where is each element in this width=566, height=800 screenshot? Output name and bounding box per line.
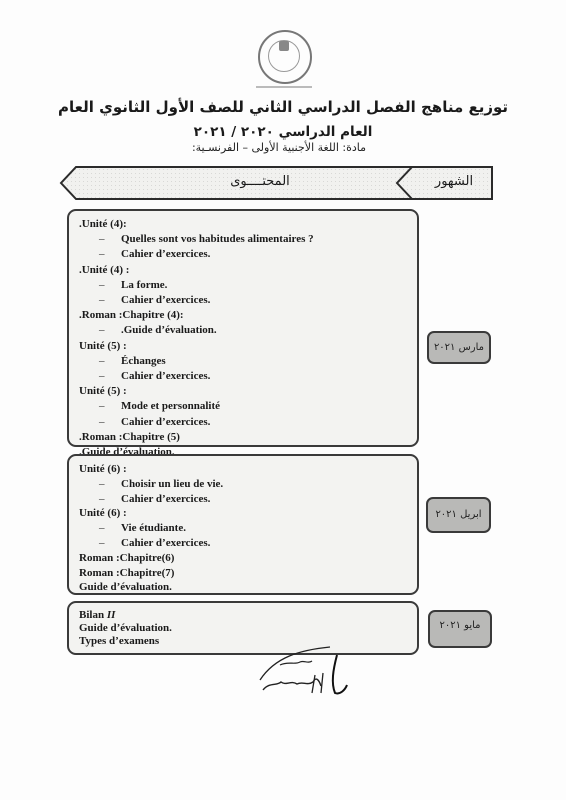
- content-heading: Bilan II: [79, 609, 407, 622]
- content-sub-item: Cahier d’exercices.: [79, 492, 407, 507]
- content-sub-item: Cahier d’exercices.: [79, 536, 407, 551]
- content-box-may: Bilan IIGuide d’évaluation.Types d’exame…: [67, 601, 419, 655]
- content-heading: .Unité (4):: [79, 217, 407, 232]
- content-sub-item: La forme.: [79, 278, 407, 293]
- content-heading: Roman :Chapitre(7): [79, 566, 407, 581]
- content-heading: Unité (6) :: [79, 462, 407, 477]
- content-column-header: المحتــــوى: [150, 174, 370, 189]
- content-sub-item: Quelles sont vos habitudes alimentaires …: [79, 232, 407, 247]
- content-sub-item: Vie étudiante.: [79, 521, 407, 536]
- content-sub-item: Choisir un lieu de vie.: [79, 477, 407, 492]
- content-heading: Guide d’évaluation.: [79, 580, 407, 595]
- content-heading: Unité (5) :: [79, 339, 407, 354]
- content-box-march: .Unité (4):Quelles sont vos habitudes al…: [67, 209, 419, 447]
- content-heading: Unité (5) :: [79, 384, 407, 399]
- month-label-april: ابريل ٢٠٢١: [426, 497, 491, 533]
- content-sub-item: Cahier d’exercices.: [79, 369, 407, 384]
- ministry-seal-icon: [258, 30, 312, 84]
- content-box-april: Unité (6) :Choisir un lieu de vie.Cahier…: [67, 454, 419, 595]
- content-sub-item: Échanges: [79, 354, 407, 369]
- content-heading: .Roman :Chapitre (4):: [79, 308, 407, 323]
- content-heading: Unité (6) :: [79, 506, 407, 521]
- month-label-may: مايو ٢٠٢١: [428, 610, 492, 648]
- academic-year: العام الدراسي ٢٠٢٠ / ٢٠٢١: [0, 124, 566, 140]
- content-heading: .Roman :Chapitre (5): [79, 430, 407, 445]
- content-heading: Guide d’évaluation.: [79, 622, 407, 635]
- seal-caption: [256, 86, 312, 88]
- document-title: توزيع مناهج الفصل الدراسي الثاني للصف ال…: [0, 98, 566, 116]
- content-sub-item: Mode et personnalité: [79, 399, 407, 414]
- content-sub-item: Cahier d’exercices.: [79, 415, 407, 430]
- content-heading: Roman :Chapitre(6): [79, 551, 407, 566]
- content-sub-item: .Guide d’évaluation.: [79, 323, 407, 338]
- content-sub-item: Cahier d’exercices.: [79, 293, 407, 308]
- eagle-emblem-icon: [279, 41, 289, 51]
- content-sub-item: Cahier d’exercices.: [79, 247, 407, 262]
- months-column-header: الشهور: [422, 174, 486, 189]
- month-label-march: مارس ٢٠٢١: [427, 331, 491, 364]
- signature-icon: [255, 645, 365, 705]
- subject-label: مادة: اللغة الأجنبية الأولى – الفرنسـية:: [192, 141, 366, 154]
- content-heading: .Unité (4) :: [79, 263, 407, 278]
